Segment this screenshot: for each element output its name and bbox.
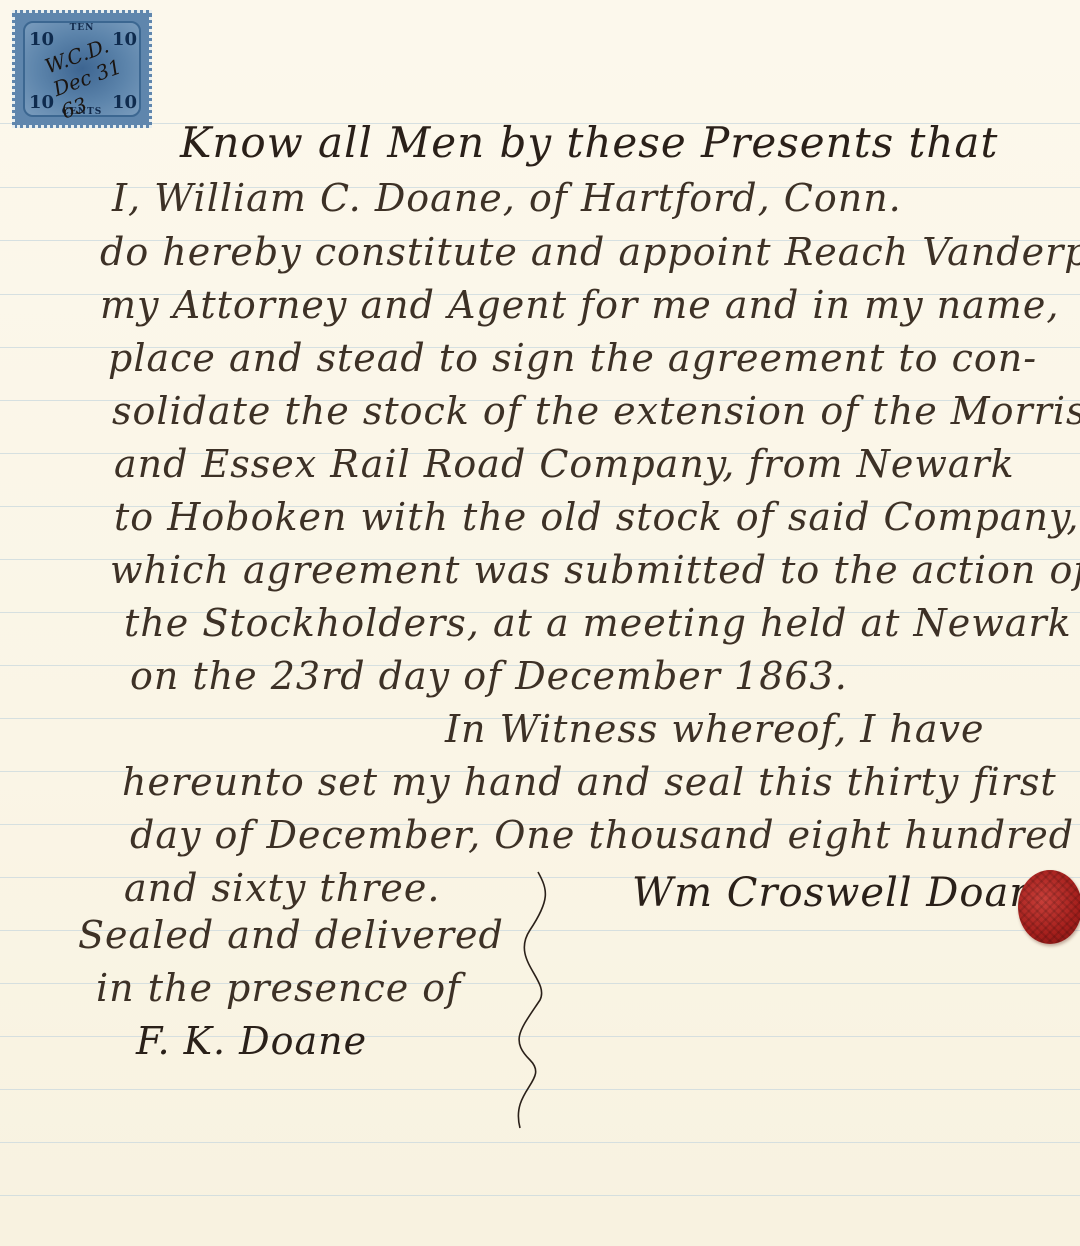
body-line: do hereby constitute and appoint Reach V… [100,230,1080,274]
body-line: and Essex Rail Road Company, from Newark [114,442,1015,486]
signature: Wm Croswell Doane [632,870,1061,916]
stamp-denomination: 10 [29,29,54,50]
brace-mark [500,870,560,1130]
body-line: to Hoboken with the old stock of said Co… [114,495,1079,539]
document-page: TEN CENTS 10 10 10 10 W.C.D. Dec 31 63 K… [0,0,1080,1246]
witness-line: in the presence of [96,966,461,1010]
body-line: In Witness whereof, I have [445,707,984,751]
body-line: and sixty three. [124,866,440,910]
body-line: day of December, One thousand eight hund… [130,813,1074,857]
body-line: hereunto set my hand and seal this thirt… [122,760,1057,804]
body-line: solidate the stock of the extension of t… [112,389,1080,433]
body-line: Know all Men by these Presents that [180,118,998,167]
revenue-stamp: TEN CENTS 10 10 10 10 W.C.D. Dec 31 63 [12,10,152,128]
body-line: I, William C. Doane, of Hartford, Conn. [112,176,902,220]
witness-signature: F. K. Doane [136,1019,367,1063]
ruled-line [0,1142,1080,1143]
body-line: my Attorney and Agent for me and in my n… [100,283,1059,327]
witness-line: Sealed and delivered [78,913,504,957]
ruled-line [0,1195,1080,1196]
wax-seal [1018,870,1080,944]
body-line: the Stockholders, at a meeting held at N… [124,601,1072,645]
body-line: which agreement was submitted to the act… [110,548,1080,592]
body-line: place and stead to sign the agreement to… [108,336,1037,380]
stamp-denomination: 10 [29,92,54,113]
body-line: on the 23rd day of December 1863. [130,654,848,698]
